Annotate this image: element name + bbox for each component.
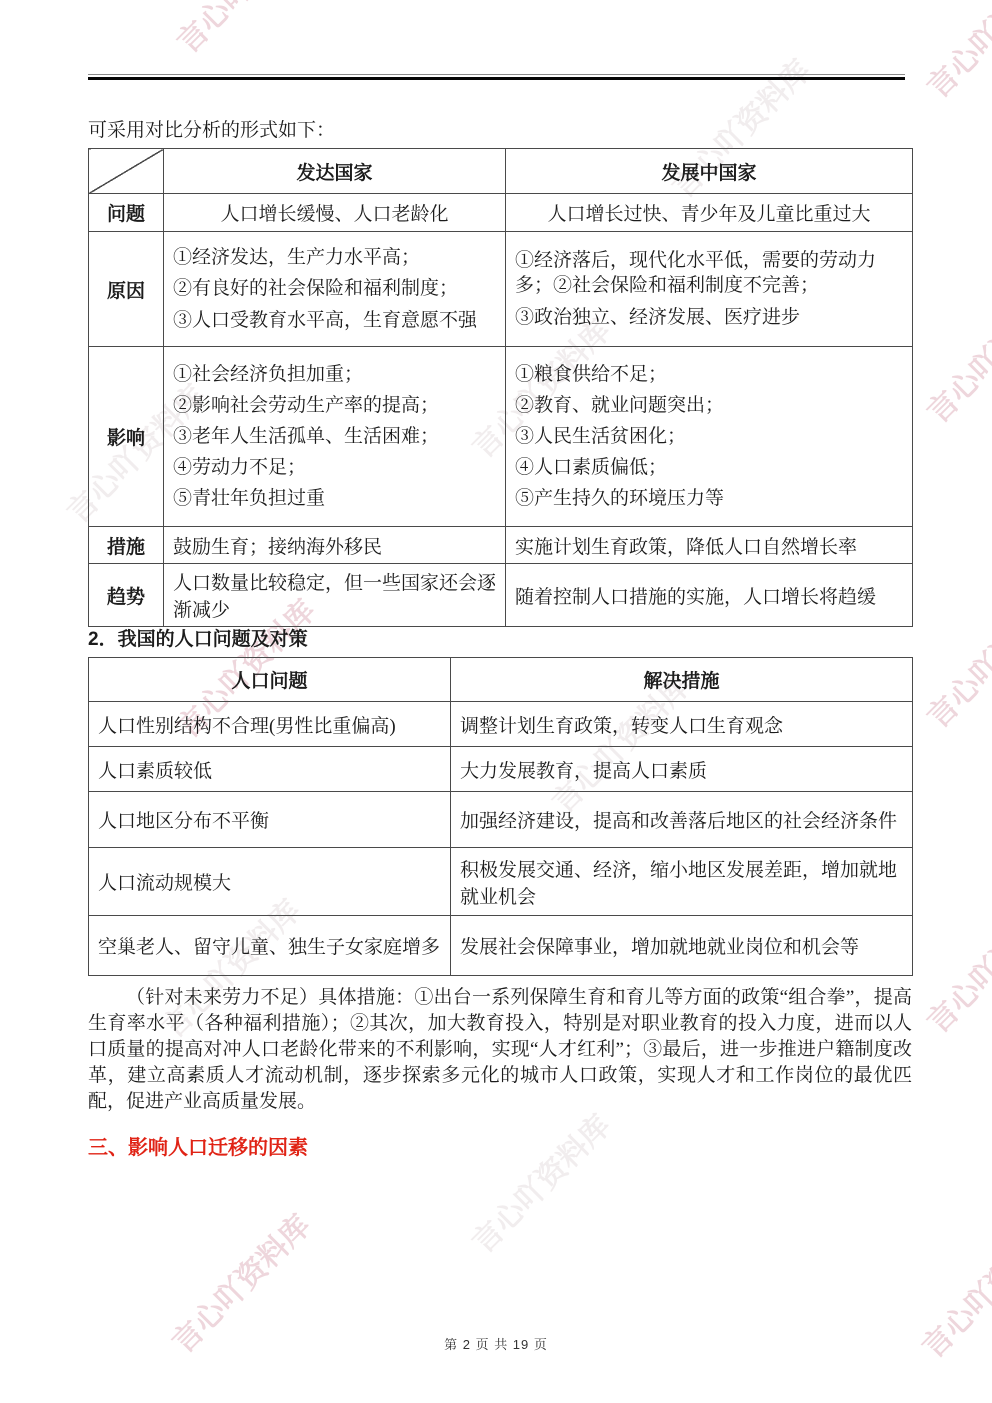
table-cell: 调整计划生育政策，转变人口生育观念	[451, 702, 913, 747]
table-cell: ①社会经济负担加重； ②影响社会劳动生产率的提高； ③老年人生活孤单、生活困难；…	[164, 347, 506, 527]
table-cell: 鼓励生育；接纳海外移民	[164, 527, 506, 564]
comparison-table: 发达国家 发展中国家 问题 人口增长缓慢、人口老龄化 人口增长过快、青少年及儿童…	[88, 148, 913, 627]
table-cell: 人口增长缓慢、人口老龄化	[164, 194, 506, 232]
cell-line: ⑤产生持久的环境压力等	[515, 486, 903, 511]
table-cell: 随着控制人口措施的实施，人口增长将趋缓	[506, 564, 913, 627]
table-cell: 人口数量比较稳定，但一些国家还会逐渐减少	[164, 564, 506, 627]
intro-text: 可采用对比分析的形式如下：	[88, 118, 912, 144]
table-row: 措施 鼓励生育；接纳海外移民 实施计划生育政策，降低人口自然增长率	[89, 527, 913, 564]
cell-line: ④人口素质偏低；	[515, 455, 903, 480]
header-rule	[88, 74, 905, 80]
table-row: 人口流动规模大 积极发展交通、经济，缩小地区发展差距，增加就地就业机会	[89, 848, 913, 916]
cell-line: ③人口受教育水平高，生育意愿不强	[173, 308, 496, 333]
cell-line: ②影响社会劳动生产率的提高；	[173, 393, 496, 418]
table-cell: 积极发展交通、经济，缩小地区发展差距，增加就地就业机会	[451, 848, 913, 916]
cell-line: ④劳动力不足；	[173, 455, 496, 480]
row-label: 趋势	[89, 564, 164, 627]
cell-line: ②教育、就业问题突出；	[515, 393, 903, 418]
column-header-developing: 发展中国家	[506, 149, 913, 194]
table-row: 人口性别结构不合理(男性比重偏高) 调整计划生育政策，转变人口生育观念	[89, 702, 913, 747]
section-2-title: 2．我国的人口问题及对策	[88, 624, 912, 651]
section-3-title: 三、影响人口迁移的因素	[88, 1131, 912, 1160]
table-row: 原因 ①经济发达，生产力水平高； ②有良好的社会保险和福利制度； ③人口受教育水…	[89, 232, 913, 347]
cell-line: ③老年人生活孤单、生活困难；	[173, 424, 496, 449]
table-cell: 人口地区分布不平衡	[89, 792, 451, 848]
table-cell: 人口流动规模大	[89, 848, 451, 916]
page-footer: 第 2 页 共 19 页	[0, 1334, 992, 1353]
row-label: 影响	[89, 347, 164, 527]
table-row: 人口地区分布不平衡 加强经济建设，提高和改善落后地区的社会经济条件	[89, 792, 913, 848]
table-row: 空巢老人、留守儿童、独生子女家庭增多 发展社会保障事业，增加就地就业岗位和机会等	[89, 916, 913, 976]
cell-line: ③政治独立、经济发展、医疗进步	[515, 305, 903, 330]
cell-line: ③人民生活贫困化；	[515, 424, 903, 449]
problems-table: 人口问题 解决措施 人口性别结构不合理(男性比重偏高) 调整计划生育政策，转变人…	[88, 657, 913, 976]
column-header-solution: 解决措施	[451, 658, 913, 702]
content-layer: 可采用对比分析的形式如下： 发达国家 发展中国家 问题 人口增长缓慢、人口老龄化…	[0, 0, 992, 1403]
row-label: 措施	[89, 527, 164, 564]
row-label: 问题	[89, 194, 164, 232]
row-label: 原因	[89, 232, 164, 347]
cell-line: ①社会经济负担加重；	[173, 362, 496, 387]
table-row: 影响 ①社会经济负担加重； ②影响社会劳动生产率的提高； ③老年人生活孤单、生活…	[89, 347, 913, 527]
table-row: 人口素质较低 大力发展教育，提高人口素质	[89, 747, 913, 792]
column-header-problem: 人口问题	[89, 658, 451, 702]
table-row: 趋势 人口数量比较稳定，但一些国家还会逐渐减少 随着控制人口措施的实施，人口增长…	[89, 564, 913, 627]
table-cell: 大力发展教育，提高人口素质	[451, 747, 913, 792]
cell-line: ①粮食供给不足；	[515, 362, 903, 387]
cell-line: ②有良好的社会保险和福利制度；	[173, 276, 496, 301]
table-row: 发达国家 发展中国家	[89, 149, 913, 194]
table-cell: ①经济落后，现代化水平低，需要的劳动力多；②社会保险和福利制度不完善； ③政治独…	[506, 232, 913, 347]
header-rule-thin-line	[88, 74, 905, 75]
table-cell: 空巢老人、留守儿童、独生子女家庭增多	[89, 916, 451, 976]
table-cell: 人口性别结构不合理(男性比重偏高)	[89, 702, 451, 747]
table-cell: 实施计划生育政策，降低人口自然增长率	[506, 527, 913, 564]
table-cell: 人口增长过快、青少年及儿童比重过大	[506, 194, 913, 232]
table-cell: ①经济发达，生产力水平高； ②有良好的社会保险和福利制度； ③人口受教育水平高，…	[164, 232, 506, 347]
table-cell: 发展社会保障事业，增加就地就业岗位和机会等	[451, 916, 913, 976]
table-cell: 人口素质较低	[89, 747, 451, 792]
cell-line: ①经济落后，现代化水平低，需要的劳动力多；②社会保险和福利制度不完善；	[515, 248, 903, 298]
column-header-developed: 发达国家	[164, 149, 506, 194]
diagonal-corner-cell	[89, 149, 164, 194]
table-row: 问题 人口增长缓慢、人口老龄化 人口增长过快、青少年及儿童比重过大	[89, 194, 913, 232]
cell-line: ⑤青壮年负担过重	[173, 486, 496, 511]
header-rule-thick-line	[88, 77, 905, 80]
measures-paragraph: （针对未来劳力不足）具体措施：①出台一系列保障生育和育儿等方面的政策“组合拳”，…	[88, 985, 912, 1115]
cell-line: ①经济发达，生产力水平高；	[173, 245, 496, 270]
document-page: 言心吖资料库 言心吖资料库 言心吖资料库 言心吖资料库 言心吖资料库 言心吖资料…	[0, 0, 992, 1403]
table-cell: ①粮食供给不足； ②教育、就业问题突出； ③人民生活贫困化； ④人口素质偏低； …	[506, 347, 913, 527]
table-row: 人口问题 解决措施	[89, 658, 913, 702]
table-cell: 加强经济建设，提高和改善落后地区的社会经济条件	[451, 792, 913, 848]
